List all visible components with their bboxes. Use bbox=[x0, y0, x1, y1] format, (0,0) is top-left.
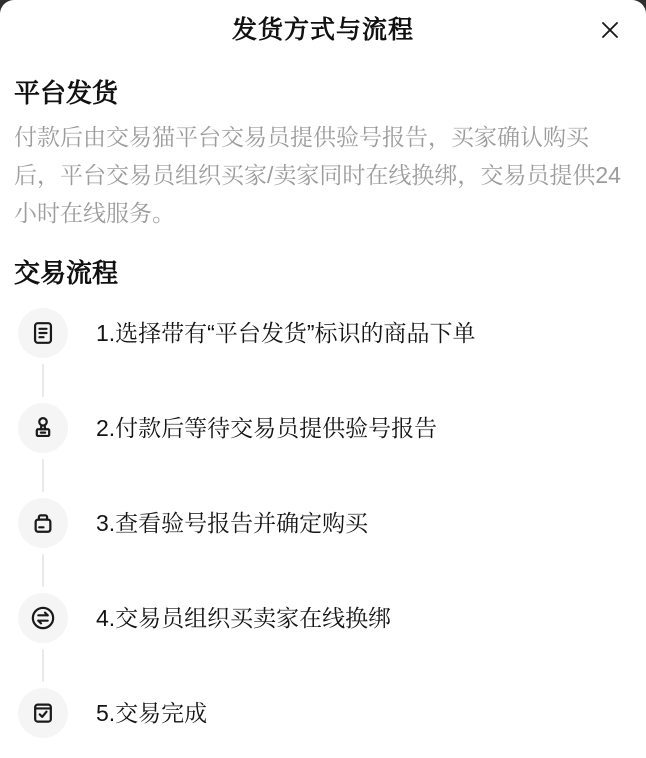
shopping-bag-icon bbox=[18, 498, 68, 548]
step-item: 3.查看验号报告并确定购买 bbox=[18, 498, 646, 548]
step-label: 5.交易完成 bbox=[96, 698, 207, 728]
step-connector bbox=[42, 364, 44, 397]
close-icon bbox=[598, 18, 622, 42]
step-connector bbox=[42, 554, 44, 587]
step-item: 5.交易完成 bbox=[18, 688, 646, 738]
step-connector bbox=[42, 649, 44, 682]
swap-arrows-icon bbox=[18, 593, 68, 643]
transaction-steps-list: 1.选择带有“平台发货”标识的商品下单 2.付款后等待交易员提供验号报告 bbox=[18, 308, 646, 738]
stamp-icon bbox=[18, 403, 68, 453]
step-item: 4.交易员组织买卖家在线换绑 bbox=[18, 593, 646, 643]
modal-title: 发货方式与流程 bbox=[0, 15, 646, 45]
step-connector bbox=[42, 459, 44, 492]
close-button[interactable] bbox=[592, 12, 628, 48]
step-item: 1.选择带有“平台发货”标识的商品下单 bbox=[18, 308, 646, 358]
transaction-process-heading: 交易流程 bbox=[14, 256, 632, 290]
step-item: 2.付款后等待交易员提供验号报告 bbox=[18, 403, 646, 453]
step-label: 3.查看验号报告并确定购买 bbox=[96, 508, 368, 538]
platform-shipping-heading: 平台发货 bbox=[14, 76, 632, 110]
modal-header: 发货方式与流程 bbox=[0, 0, 646, 52]
document-list-icon bbox=[18, 308, 68, 358]
check-box-icon bbox=[18, 688, 68, 738]
platform-shipping-description: 付款后由交易猫平台交易员提供验号报告，买家确认购买后，平台交易员组织买家/卖家同… bbox=[14, 118, 632, 232]
shipping-method-modal: 发货方式与流程 平台发货 付款后由交易猫平台交易员提供验号报告，买家确认购买后，… bbox=[0, 0, 646, 758]
step-label: 1.选择带有“平台发货”标识的商品下单 bbox=[96, 318, 476, 348]
step-label: 2.付款后等待交易员提供验号报告 bbox=[96, 413, 437, 443]
step-label: 4.交易员组织买卖家在线换绑 bbox=[96, 603, 391, 633]
